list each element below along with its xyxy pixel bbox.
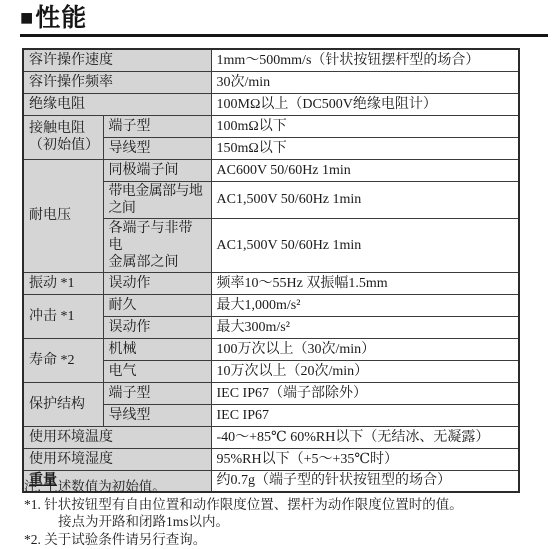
spec-value: 最大300m/s²: [211, 316, 519, 338]
spec-value: IEC IP67: [211, 404, 519, 426]
spec-label: 容许操作速度: [23, 49, 211, 71]
spec-sublabel: 导线型: [103, 137, 211, 159]
spec-value: AC600V 50/60Hz 1min: [211, 159, 519, 181]
table-row: 绝缘电阻 100MΩ以上（DC500V绝缘电阻计）: [23, 93, 519, 115]
spec-sublabel: 带电金属部与地之间: [103, 181, 211, 218]
spec-value: AC1,500V 50/60Hz 1min: [211, 218, 519, 272]
spec-value: 100MΩ以上（DC500V绝缘电阻计）: [211, 93, 519, 115]
spec-group-label: 寿命 *2: [23, 338, 103, 382]
spec-group-label: 耐电压: [23, 159, 103, 272]
table-row: 接触电阻 （初始值） 端子型 100mΩ以下: [23, 115, 519, 137]
spec-sublabel: 误动作: [103, 272, 211, 294]
section-header: ■性能: [20, 2, 87, 34]
spec-value: 150mΩ以下: [211, 137, 519, 159]
spec-label: 使用环境温度: [23, 426, 211, 448]
spec-label: 使用环境湿度: [23, 448, 211, 470]
table-row: 耐电压 同极端子间 AC600V 50/60Hz 1min: [23, 159, 519, 181]
spec-group-label: 振动 *1: [23, 272, 103, 294]
spec-group-label: 接触电阻 （初始值）: [23, 115, 103, 159]
spec-sublabel: 机械: [103, 338, 211, 360]
spec-value: 最大1,000m/s²: [211, 294, 519, 316]
spec-value: 1mm～500mm/s（针状按钮摆杆型的场合）: [211, 49, 519, 71]
spec-value: AC1,500V 50/60Hz 1min: [211, 181, 519, 218]
spec-group-label: 冲击 *1: [23, 294, 103, 338]
table-row: 使用环境温度 -40～+85℃ 60%RH以下（无结冰、无凝露）: [23, 426, 519, 448]
spec-sublabel: 耐久: [103, 294, 211, 316]
spec-value: 95%RH以下（+5～+35℃时）: [211, 448, 519, 470]
spec-value: 频率10～55Hz 双振幅1.5mm: [211, 272, 519, 294]
spec-sublabel: 同极端子间: [103, 159, 211, 181]
spec-group-label: 保护结构: [23, 382, 103, 426]
spec-value: 100mΩ以下: [211, 115, 519, 137]
table-row: 寿命 *2 机械 100万次以上（30次/min）: [23, 338, 519, 360]
footnote-initial-values: 注. 上述数值为初始值。: [24, 478, 463, 496]
footnotes: 注. 上述数值为初始值。 *1. 针状按钮型有自由位置和动作限度位置、摆杆为动作…: [24, 478, 463, 548]
spec-value: 100万次以上（30次/min）: [211, 338, 519, 360]
spec-sublabel: 导线型: [103, 404, 211, 426]
spec-sublabel: 误动作: [103, 316, 211, 338]
datasheet-page: ■性能 容许操作速度 1mm～500mm/s（针状按钮摆杆型的场合） 容许操作频…: [0, 0, 553, 549]
table-row: 振动 *1 误动作 频率10～55Hz 双振幅1.5mm: [23, 272, 519, 294]
section-marker-icon: ■: [20, 5, 34, 30]
spec-sublabel: 端子型: [103, 382, 211, 404]
section-title: 性能: [35, 4, 87, 32]
spec-label: 容许操作频率: [23, 71, 211, 93]
footnote-2: *2. 关于试验条件请另行查询。: [24, 531, 463, 549]
header-rule: [20, 34, 548, 37]
table-row: 冲击 *1 耐久 最大1,000m/s²: [23, 294, 519, 316]
table-row: 容许操作频率 30次/min: [23, 71, 519, 93]
table-row: 容许操作速度 1mm～500mm/s（针状按钮摆杆型的场合）: [23, 49, 519, 71]
footnote-1: *1. 针状按钮型有自由位置和动作限度位置、摆杆为动作限度位置时的值。: [24, 496, 463, 514]
footnote-1-continued: 接点为开路和闭路1ms以内。: [24, 513, 463, 531]
performance-table: 容许操作速度 1mm～500mm/s（针状按钮摆杆型的场合） 容许操作频率 30…: [22, 48, 520, 493]
spec-sublabel: 电气: [103, 360, 211, 382]
spec-sublabel: 各端子与非带电 金属部之间: [103, 218, 211, 272]
table-row: 使用环境湿度 95%RH以下（+5～+35℃时）: [23, 448, 519, 470]
spec-value: IEC IP67（端子部除外）: [211, 382, 519, 404]
spec-value: 30次/min: [211, 71, 519, 93]
table-row: 保护结构 端子型 IEC IP67（端子部除外）: [23, 382, 519, 404]
spec-sublabel: 端子型: [103, 115, 211, 137]
spec-value: -40～+85℃ 60%RH以下（无结冰、无凝露）: [211, 426, 519, 448]
spec-value: 10万次以上（20次/min）: [211, 360, 519, 382]
spec-label: 绝缘电阻: [23, 93, 211, 115]
